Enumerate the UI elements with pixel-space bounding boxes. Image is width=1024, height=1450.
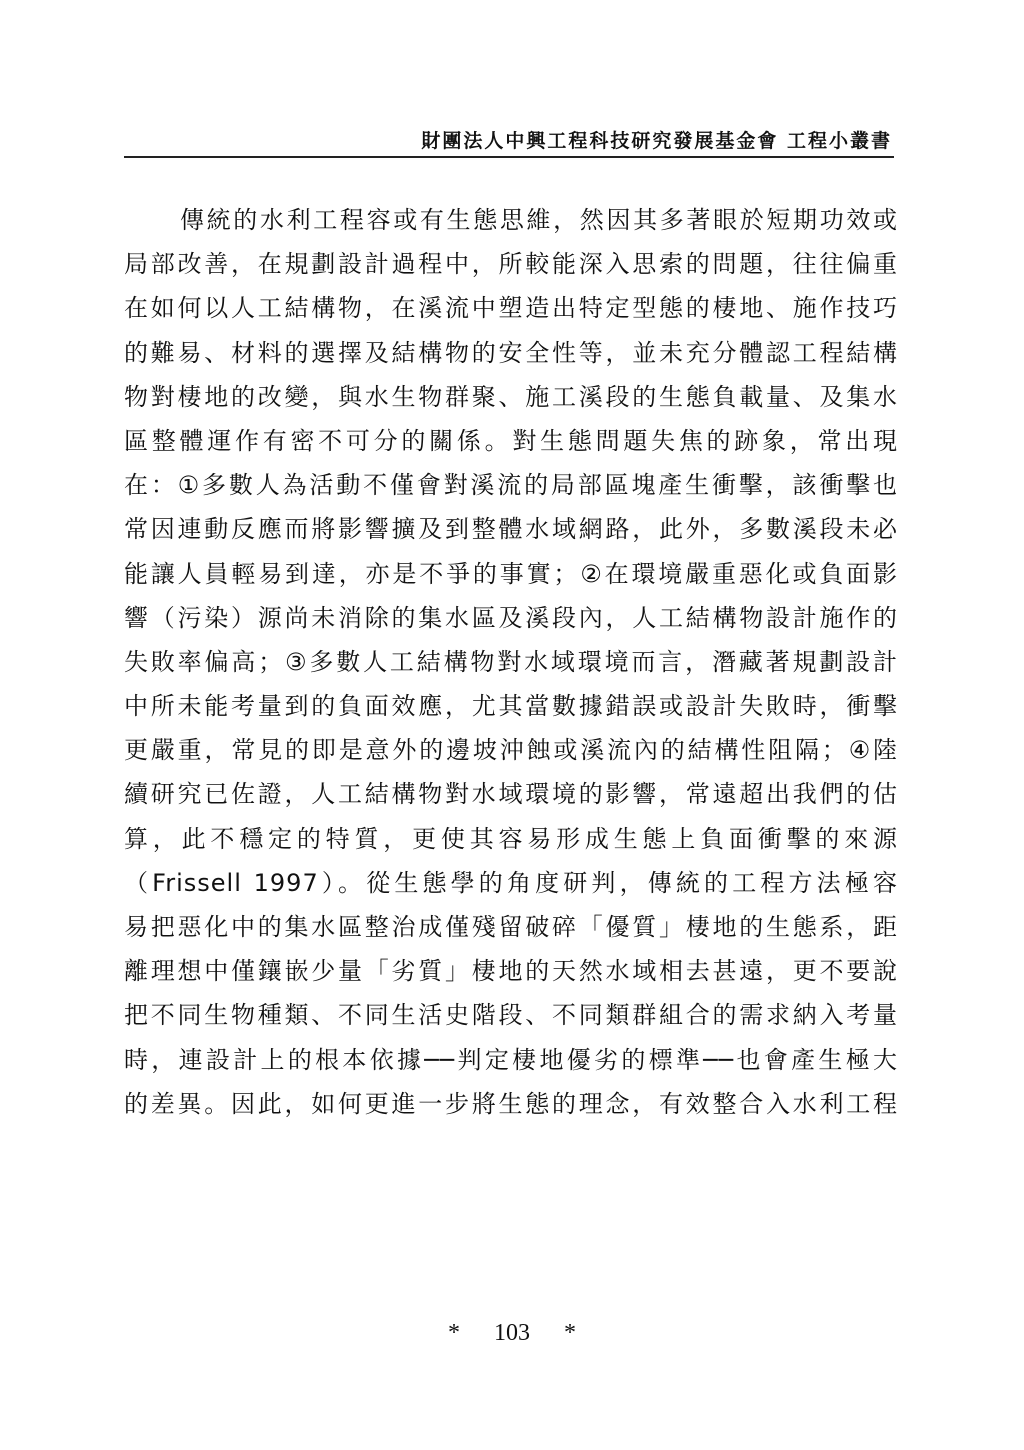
text-line: 易把惡化中的集水區整治成僅殘留破碎「優質」棲地的生態系，距 xyxy=(124,905,898,949)
text-line: 局部改善，在規劃設計過程中，所較能深入思索的問題，往往偏重 xyxy=(124,242,898,286)
text-line: 續研究已佐證，人工結構物對水域環境的影響，常遠超出我們的估 xyxy=(124,772,898,816)
text-line: 失敗率偏高；③多數人工結構物對水域環境而言，潛藏著規劃設計 xyxy=(124,640,898,684)
footer-star-left: * xyxy=(420,1318,488,1348)
text-line: 的差異。因此，如何更進一步將生態的理念，有效整合入水利工程 xyxy=(124,1082,898,1126)
running-header-title: 財團法人中興工程科技研究發展基金會 工程小叢書 xyxy=(421,128,894,154)
text-line: 離理想中僅鑲嵌少量「劣質」棲地的天然水域相去甚遠，更不要說 xyxy=(124,949,898,993)
footer-star-right: * xyxy=(536,1318,604,1348)
text-line: （Frissell 1997）。從生態學的角度研判，傳統的工程方法極容 xyxy=(124,861,898,905)
text-line: 常因連動反應而將影響擴及到整體水域網路，此外，多數溪段未必 xyxy=(124,507,898,551)
text-line: 能讓人員輕易到達，亦是不爭的事實；②在環境嚴重惡化或負面影 xyxy=(124,552,898,596)
running-header: 財團法人中興工程科技研究發展基金會 工程小叢書 xyxy=(124,128,894,158)
page-number: 103 xyxy=(494,1318,530,1348)
text-line: 中所未能考量到的負面效應，尤其當數據錯誤或設計失敗時，衝擊 xyxy=(124,684,898,728)
text-line: 時，連設計上的根本依據──判定棲地優劣的標準──也會產生極大 xyxy=(124,1038,898,1082)
text-line: 在：①多數人為活動不僅會對溪流的局部區塊產生衝擊，該衝擊也 xyxy=(124,463,898,507)
text-line: 的難易、材料的選擇及結構物的安全性等，並未充分體認工程結構 xyxy=(124,331,898,375)
text-line: 響（污染）源尚未消除的集水區及溪段內，人工結構物設計施作的 xyxy=(124,596,898,640)
text-line: 把不同生物種類、不同生活史階段、不同類群組合的需求納入考量 xyxy=(124,993,898,1037)
text-line: 傳統的水利工程容或有生態思維，然因其多著眼於短期功效或 xyxy=(124,198,898,242)
body-paragraph: 傳統的水利工程容或有生態思維，然因其多著眼於短期功效或 局部改善，在規劃設計過程… xyxy=(124,198,898,1126)
text-line: 物對棲地的改變，與水生物群聚、施工溪段的生態負載量、及集水 xyxy=(124,375,898,419)
text-line: 算，此不穩定的特質，更使其容易形成生態上負面衝擊的來源 xyxy=(124,817,898,861)
page-footer: * 103 * xyxy=(0,1318,1024,1348)
text-line: 區整體運作有密不可分的關係。對生態問題失焦的跡象，常出現 xyxy=(124,419,898,463)
text-line: 在如何以人工結構物，在溪流中塑造出特定型態的棲地、施作技巧 xyxy=(124,286,898,330)
text-line: 更嚴重，常見的即是意外的邊坡沖蝕或溪流內的結構性阻隔；④陸 xyxy=(124,728,898,772)
